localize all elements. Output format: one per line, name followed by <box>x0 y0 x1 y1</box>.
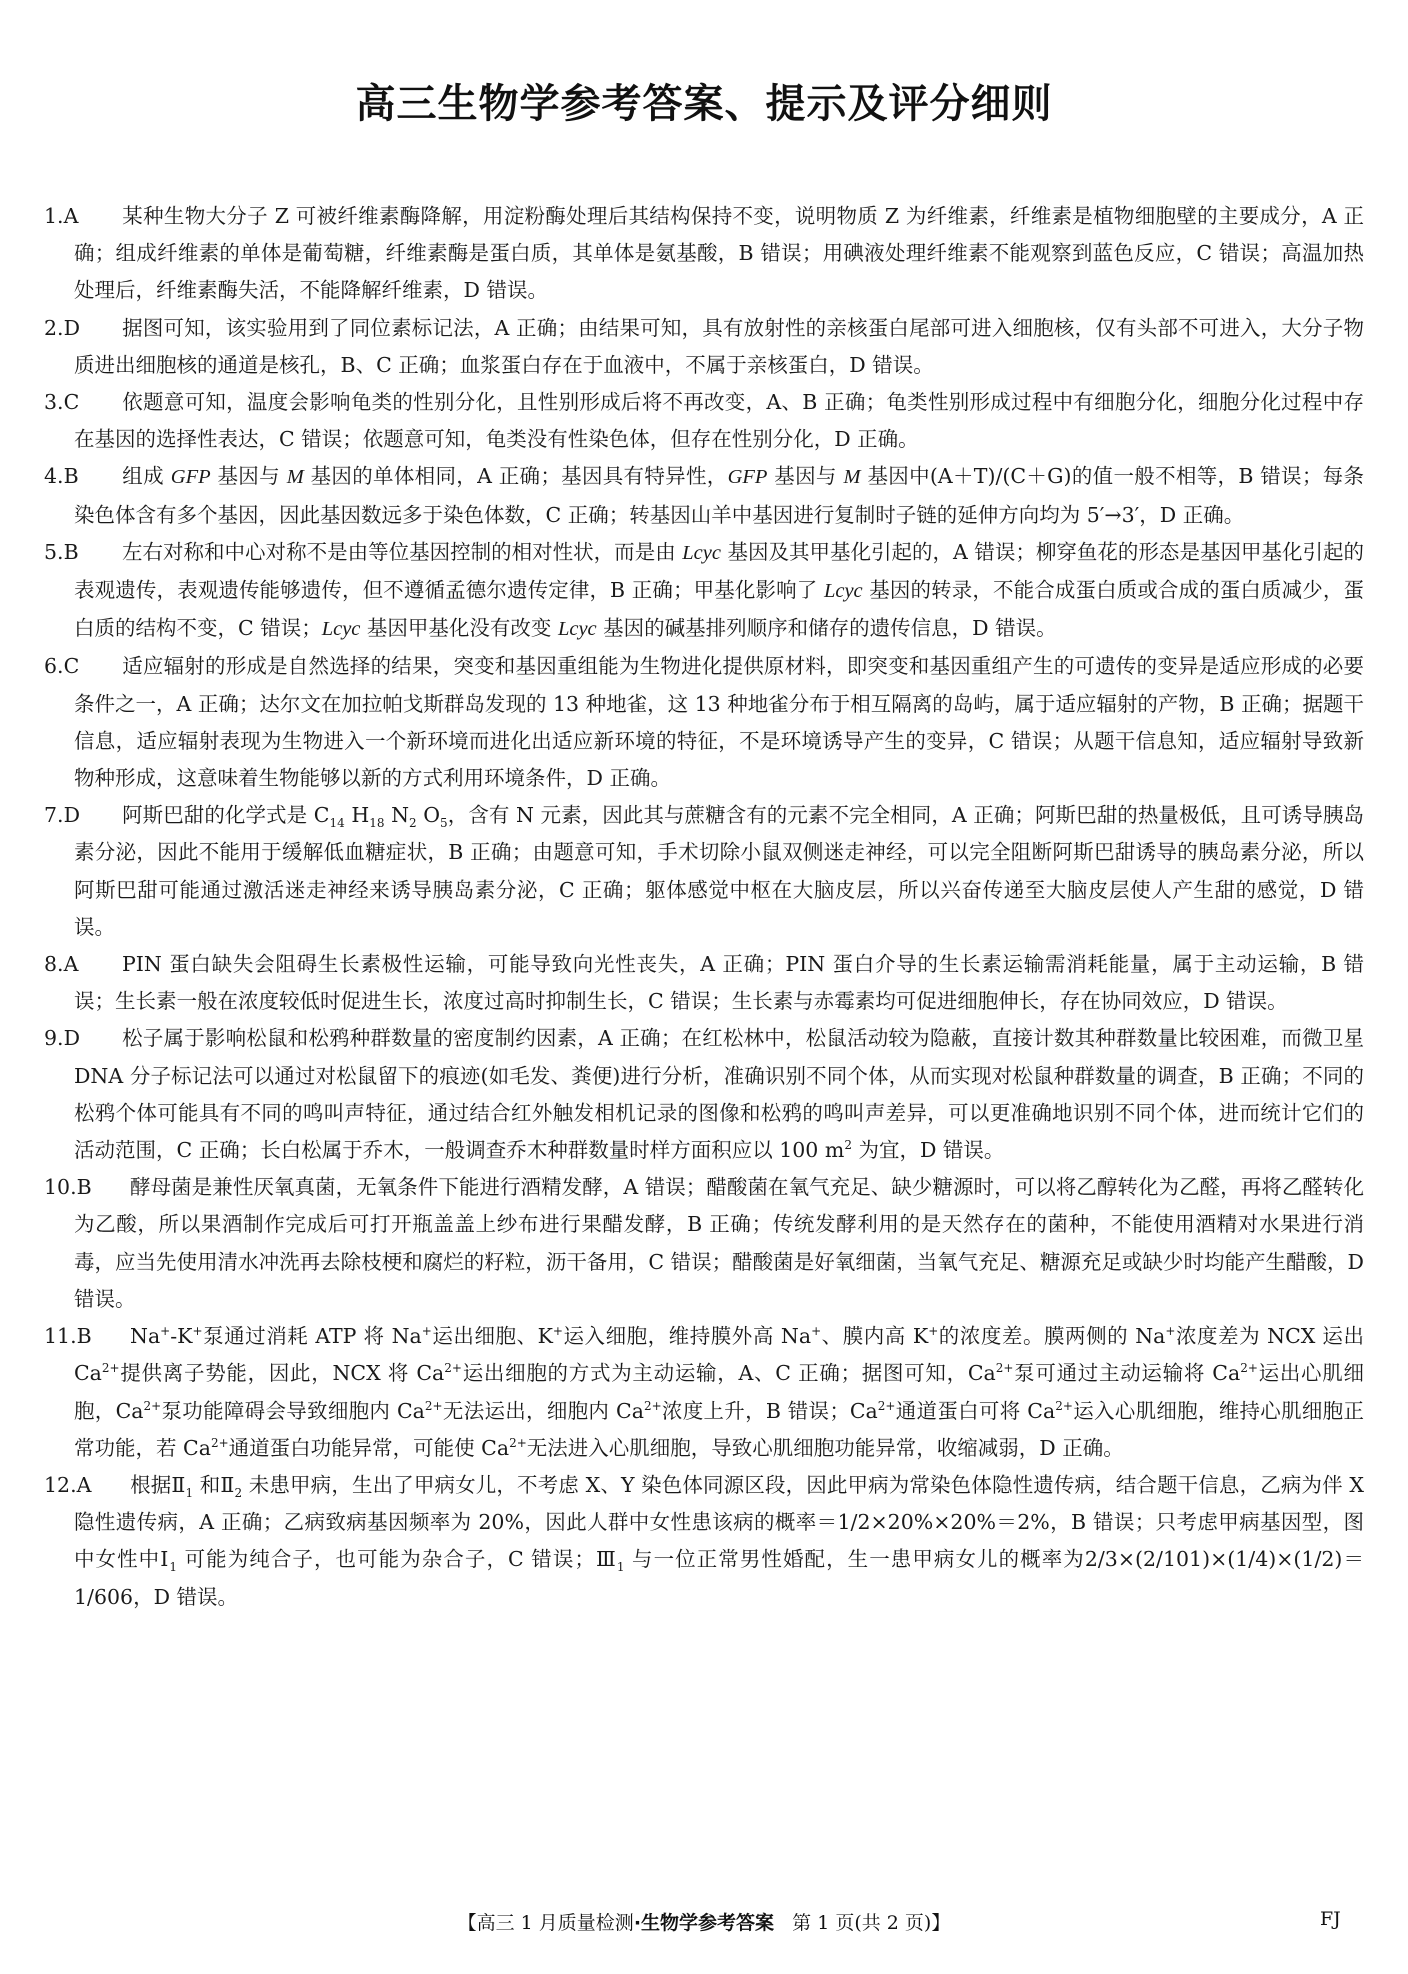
text-segment: 提供离子势能，因此，NCX 将 Ca <box>120 1361 445 1385</box>
text-segment: 运入细胞，维持膜外高 Na <box>563 1324 811 1348</box>
text-segment: 浓度上升，B 错误；Ca <box>662 1399 878 1423</box>
text-segment: 无法进入心肌细胞，导致心肌细胞功能异常，收缩减弱，D 正确。 <box>527 1436 1124 1460</box>
answer-letter: B <box>64 464 79 488</box>
explanation-text: Na+-K+泵通过消耗 ATP 将 Na+运出细胞、K+运入细胞，维持膜外高 N… <box>74 1324 1364 1460</box>
question-number: 10. <box>44 1175 77 1199</box>
text-segment: 为宜，D 错误。 <box>852 1138 1004 1162</box>
answer-key: 1.A <box>44 198 122 235</box>
gene-name: Lcyc <box>322 618 361 640</box>
text-segment: 运出细胞的方式为主动运输，A、C 正确；据图可知，Ca <box>462 1361 996 1385</box>
answer-key: 3.C <box>44 384 122 421</box>
gene-name: M <box>287 466 304 488</box>
answer-letter: B <box>77 1324 92 1348</box>
gene-name: M <box>844 466 861 488</box>
text-segment: O <box>417 803 440 827</box>
page-footer: 【高三 1 月质量检测·生物学参考答案 第 1 页(共 2 页)】 <box>0 1908 1408 1935</box>
superscript: 2+ <box>996 1361 1014 1375</box>
answer-key: 5.B <box>44 534 122 571</box>
answer-key: 11.B <box>44 1318 130 1355</box>
question-number: 7. <box>44 803 64 827</box>
superscript: 2+ <box>644 1399 662 1413</box>
text-segment: 基因与 <box>211 464 287 488</box>
footer-close-bracket: 】 <box>931 1912 950 1934</box>
explanation-text: PIN 蛋白缺失会阻碍生长素极性运输，可能导致向光性丧失，A 正确；PIN 蛋白… <box>74 952 1364 1013</box>
answer-letter: B <box>64 540 79 564</box>
subscript: 1 <box>185 1486 193 1500</box>
explanation-text: 根据Ⅱ1 和Ⅱ2 未患甲病，生出了甲病女儿，不考虑 X、Y 染色体同源区段，因此… <box>74 1473 1364 1609</box>
subscript: 5 <box>440 816 448 830</box>
answer-item: 1.A某种生物大分子 Z 可被纤维素酶降解，用淀粉酶处理后其结构保持不变，说明物… <box>44 198 1364 310</box>
question-number: 6. <box>44 654 64 678</box>
gene-name: Lcyc <box>824 580 863 602</box>
text-segment: 阿斯巴甜的化学式是 C <box>122 803 329 827</box>
answer-list: 1.A某种生物大分子 Z 可被纤维素酶降解，用淀粉酶处理后其结构保持不变，说明物… <box>44 198 1364 1616</box>
text-segment: 通道蛋白功能异常，可能使 Ca <box>229 1436 509 1460</box>
answer-item: 2.D据图可知，该实验用到了同位素标记法，A 正确；由结果可知，具有放射性的亲核… <box>44 310 1364 384</box>
answer-item: 5.B左右对称和中心对称不是由等位基因控制的相对性状，而是由 Lcyc 基因及其… <box>44 534 1364 649</box>
question-number: 4. <box>44 464 64 488</box>
question-number: 8. <box>44 952 64 976</box>
subscript: 18 <box>369 816 384 830</box>
text-segment: N <box>384 803 409 827</box>
text-segment: 组成 <box>122 464 171 488</box>
footer-open-bracket: 【 <box>458 1912 477 1934</box>
answer-item: 3.C依题意可知，温度会影响龟类的性别分化，且性别形成后将不再改变，A、B 正确… <box>44 384 1364 458</box>
superscript: + <box>192 1324 202 1338</box>
superscript: + <box>160 1324 170 1338</box>
answer-letter: D <box>64 1026 80 1050</box>
footer-region-code: FJ <box>1320 1908 1341 1930</box>
question-number: 1. <box>44 204 64 228</box>
text-segment: 运出细胞、K <box>432 1324 553 1348</box>
superscript: 2+ <box>1240 1361 1258 1375</box>
footer-exam-name: 高三 1 月质量检测 <box>477 1912 634 1934</box>
text-segment: -K <box>170 1324 192 1348</box>
subscript: 14 <box>329 816 344 830</box>
text-segment: 无法运出，细胞内 Ca <box>443 1399 644 1423</box>
answer-item: 8.APIN 蛋白缺失会阻碍生长素极性运输，可能导致向光性丧失，A 正确；PIN… <box>44 946 1364 1020</box>
question-number: 9. <box>44 1026 64 1050</box>
answer-letter: A <box>64 204 79 228</box>
text-segment: 泵通过消耗 ATP 将 Na <box>203 1324 422 1348</box>
footer-subject: 生物学参考答案 <box>641 1912 774 1934</box>
superscript: 2+ <box>444 1361 462 1375</box>
text-segment: 和Ⅱ <box>193 1473 234 1497</box>
superscript: 2+ <box>102 1361 120 1375</box>
answer-letter: D <box>64 316 80 340</box>
superscript: 2+ <box>425 1399 443 1413</box>
page-title: 高三生物学参考答案、提示及评分细则 <box>0 72 1408 129</box>
answer-key: 7.D <box>44 797 122 834</box>
subscript: 1 <box>169 1560 177 1574</box>
answer-letter: A <box>64 952 79 976</box>
answer-item: 11.BNa+-K+泵通过消耗 ATP 将 Na+运出细胞、K+运入细胞，维持膜… <box>44 1318 1364 1467</box>
question-number: 11. <box>44 1324 77 1348</box>
question-number: 2. <box>44 316 64 340</box>
answer-key: 8.A <box>44 946 122 983</box>
footer-page-number: 第 1 页(共 2 页) <box>792 1912 931 1934</box>
answer-item: 12.A根据Ⅱ1 和Ⅱ2 未患甲病，生出了甲病女儿，不考虑 X、Y 染色体同源区… <box>44 1467 1364 1616</box>
explanation-text: 适应辐射的形成是自然选择的结果，突变和基因重组能为生物进化提供原材料，即突变和基… <box>74 654 1364 790</box>
answer-letter: D <box>64 803 80 827</box>
question-number: 5. <box>44 540 64 564</box>
text-segment: 基因与 <box>767 464 843 488</box>
explanation-text: 组成 GFP 基因与 M 基因的单体相同，A 正确；基因具有特异性，GFP 基因… <box>74 464 1364 526</box>
explanation-text: 左右对称和中心对称不是由等位基因控制的相对性状，而是由 Lcyc 基因及其甲基化… <box>74 540 1364 640</box>
gene-name: Lcyc <box>558 618 597 640</box>
superscript: + <box>928 1324 938 1338</box>
superscript: 2+ <box>211 1436 229 1450</box>
superscript: 2+ <box>144 1399 162 1413</box>
superscript: 2+ <box>509 1436 527 1450</box>
text-segment: 通道蛋白可将 Ca <box>895 1399 1055 1423</box>
subscript: 2 <box>234 1486 242 1500</box>
superscript: 2 <box>844 1138 852 1152</box>
superscript: + <box>553 1324 563 1338</box>
answer-item: 10.B酵母菌是兼性厌氧真菌，无氧条件下能进行酒精发酵，A 错误；醋酸菌在氧气充… <box>44 1169 1364 1318</box>
answer-key: 4.B <box>44 458 122 495</box>
explanation-text: 阿斯巴甜的化学式是 C14 H18 N2 O5，含有 N 元素，因此其与蔗糖含有… <box>74 803 1364 939</box>
text-segment: 的浓度差。膜两侧的 Na <box>938 1324 1165 1348</box>
superscript: 2+ <box>878 1399 896 1413</box>
text-segment: 泵可通过主动运输将 Ca <box>1013 1361 1240 1385</box>
superscript: 2+ <box>1055 1399 1073 1413</box>
text-segment: 根据Ⅱ <box>130 1473 185 1497</box>
text-segment: 松子属于影响松鼠和松鸦种群数量的密度制约因素，A 正确；在红松林中，松鼠活动较为… <box>74 1026 1364 1162</box>
text-segment: 基因的单体相同，A 正确；基因具有特异性， <box>304 464 728 488</box>
gene-name: Lcyc <box>682 542 721 564</box>
explanation-text: 据图可知，该实验用到了同位素标记法，A 正确；由结果可知，具有放射性的亲核蛋白尾… <box>74 316 1364 377</box>
explanation-text: 酵母菌是兼性厌氧真菌，无氧条件下能进行酒精发酵，A 错误；醋酸菌在氧气充足、缺少… <box>74 1175 1364 1311</box>
answer-key: 10.B <box>44 1169 130 1206</box>
text-segment: 基因的碱基排列顺序和储存的遗传信息，D 错误。 <box>597 616 1057 640</box>
explanation-text: 松子属于影响松鼠和松鸦种群数量的密度制约因素，A 正确；在红松林中，松鼠活动较为… <box>74 1026 1364 1162</box>
question-number: 3. <box>44 390 64 414</box>
superscript: + <box>422 1324 432 1338</box>
answer-letter: B <box>77 1175 92 1199</box>
explanation-text: 依题意可知，温度会影响龟类的性别分化，且性别形成后将不再改变，A、B 正确；龟类… <box>74 390 1364 451</box>
answer-letter: C <box>64 390 80 414</box>
text-segment: 基因甲基化没有改变 <box>360 616 558 640</box>
text-segment: 可能为纯合子，也可能为杂合子，C 错误；Ⅲ <box>177 1547 617 1571</box>
answer-item: 4.B组成 GFP 基因与 M 基因的单体相同，A 正确；基因具有特异性，GFP… <box>44 458 1364 533</box>
superscript: + <box>1165 1324 1175 1338</box>
answer-letter: A <box>77 1473 92 1497</box>
footer-dot: · <box>634 1912 641 1934</box>
gene-name: GFP <box>728 466 768 488</box>
answer-key: 12.A <box>44 1467 130 1504</box>
text-segment: 左右对称和中心对称不是由等位基因控制的相对性状，而是由 <box>122 540 682 564</box>
answer-item: 6.C适应辐射的形成是自然选择的结果，突变和基因重组能为生物进化提供原材料，即突… <box>44 648 1364 797</box>
subscript: 2 <box>409 816 417 830</box>
answer-item: 9.D松子属于影响松鼠和松鸦种群数量的密度制约因素，A 正确；在红松林中，松鼠活… <box>44 1020 1364 1169</box>
answer-key: 2.D <box>44 310 122 347</box>
text-segment: 泵功能障碍会导致细胞内 Ca <box>161 1399 425 1423</box>
answer-key: 9.D <box>44 1020 122 1057</box>
text-segment: Na <box>130 1324 160 1348</box>
gene-name: GFP <box>171 466 211 488</box>
answer-letter: C <box>64 654 80 678</box>
text-segment: 、膜内高 K <box>821 1324 928 1348</box>
explanation-text: 某种生物大分子 Z 可被纤维素酶降解，用淀粉酶处理后其结构保持不变，说明物质 Z… <box>74 204 1364 302</box>
question-number: 12. <box>44 1473 77 1497</box>
text-segment: H <box>345 803 369 827</box>
answer-item: 7.D阿斯巴甜的化学式是 C14 H18 N2 O5，含有 N 元素，因此其与蔗… <box>44 797 1364 946</box>
answer-key: 6.C <box>44 648 122 685</box>
superscript: + <box>811 1324 821 1338</box>
